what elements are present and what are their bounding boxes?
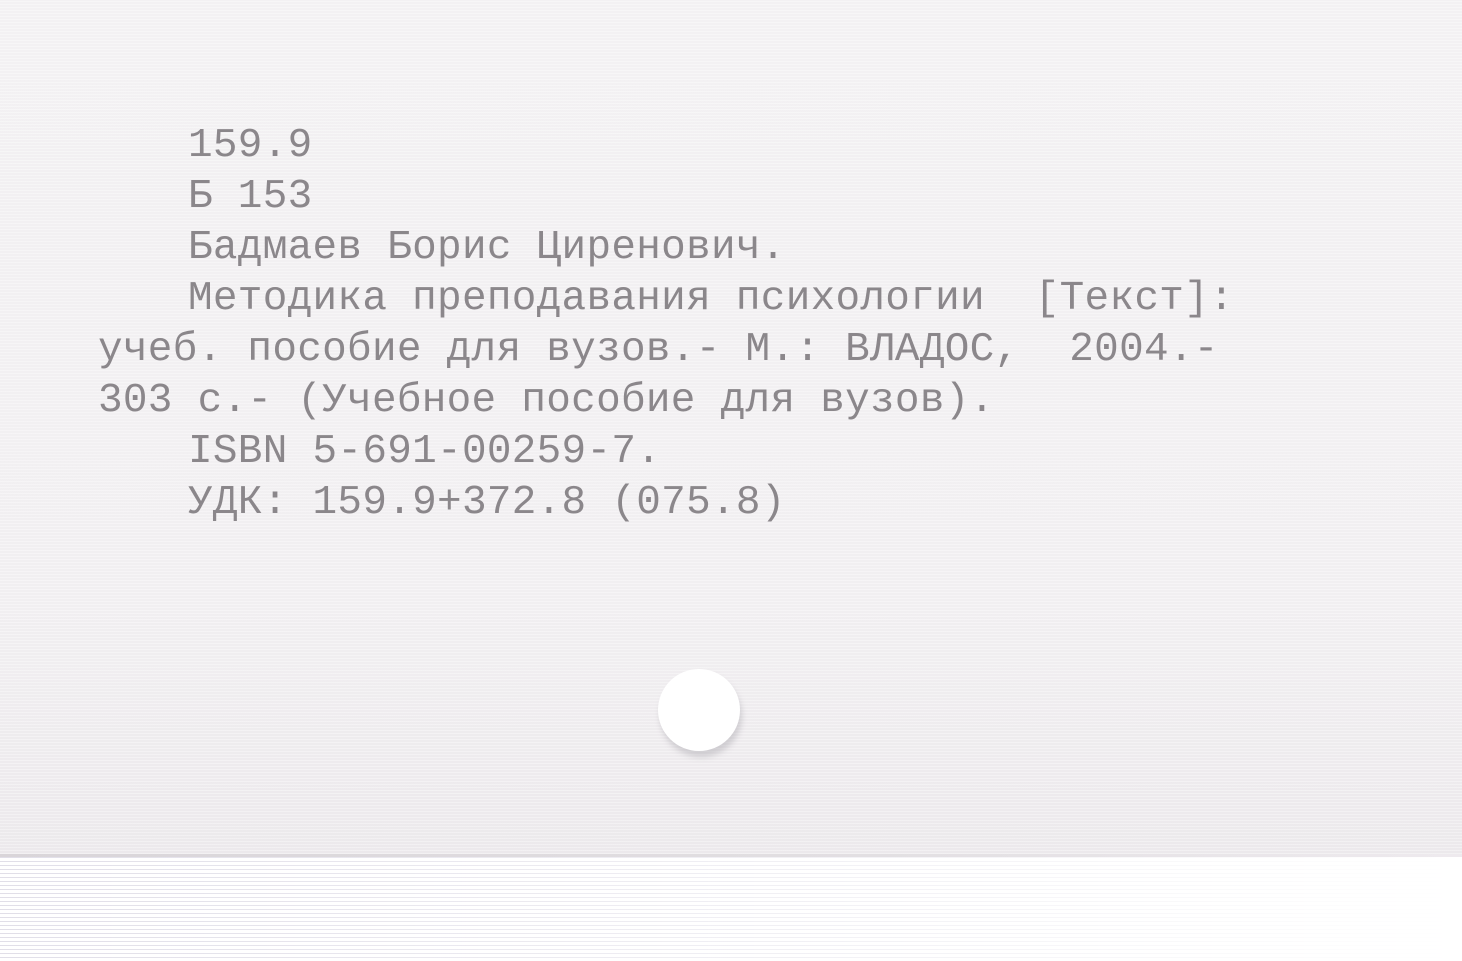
extent-series-line: 303 с.- (Учебное пособие для вузов). <box>98 376 995 427</box>
scanned-page: 159.9 Б 153 Бадмаев Борис Циренович. Мет… <box>0 0 1462 961</box>
punch-hole-icon <box>658 669 740 751</box>
classification-number: 159.9 <box>188 121 313 172</box>
scanner-background-area <box>0 857 1462 961</box>
udc-line: УДК: 159.9+372.8 (075.8) <box>188 478 786 529</box>
author-mark: Б 153 <box>188 172 313 223</box>
author-name: Бадмаев Борис Циренович. <box>188 223 786 274</box>
isbn-line: ISBN 5-691-00259-7. <box>188 427 661 478</box>
title-line: Методика преподавания психологии [Текст]… <box>188 274 1234 325</box>
imprint-line: учеб. пособие для вузов.- М.: ВЛАДОС, 20… <box>98 325 1219 376</box>
library-catalog-card: 159.9 Б 153 Бадмаев Борис Циренович. Мет… <box>0 0 1462 857</box>
